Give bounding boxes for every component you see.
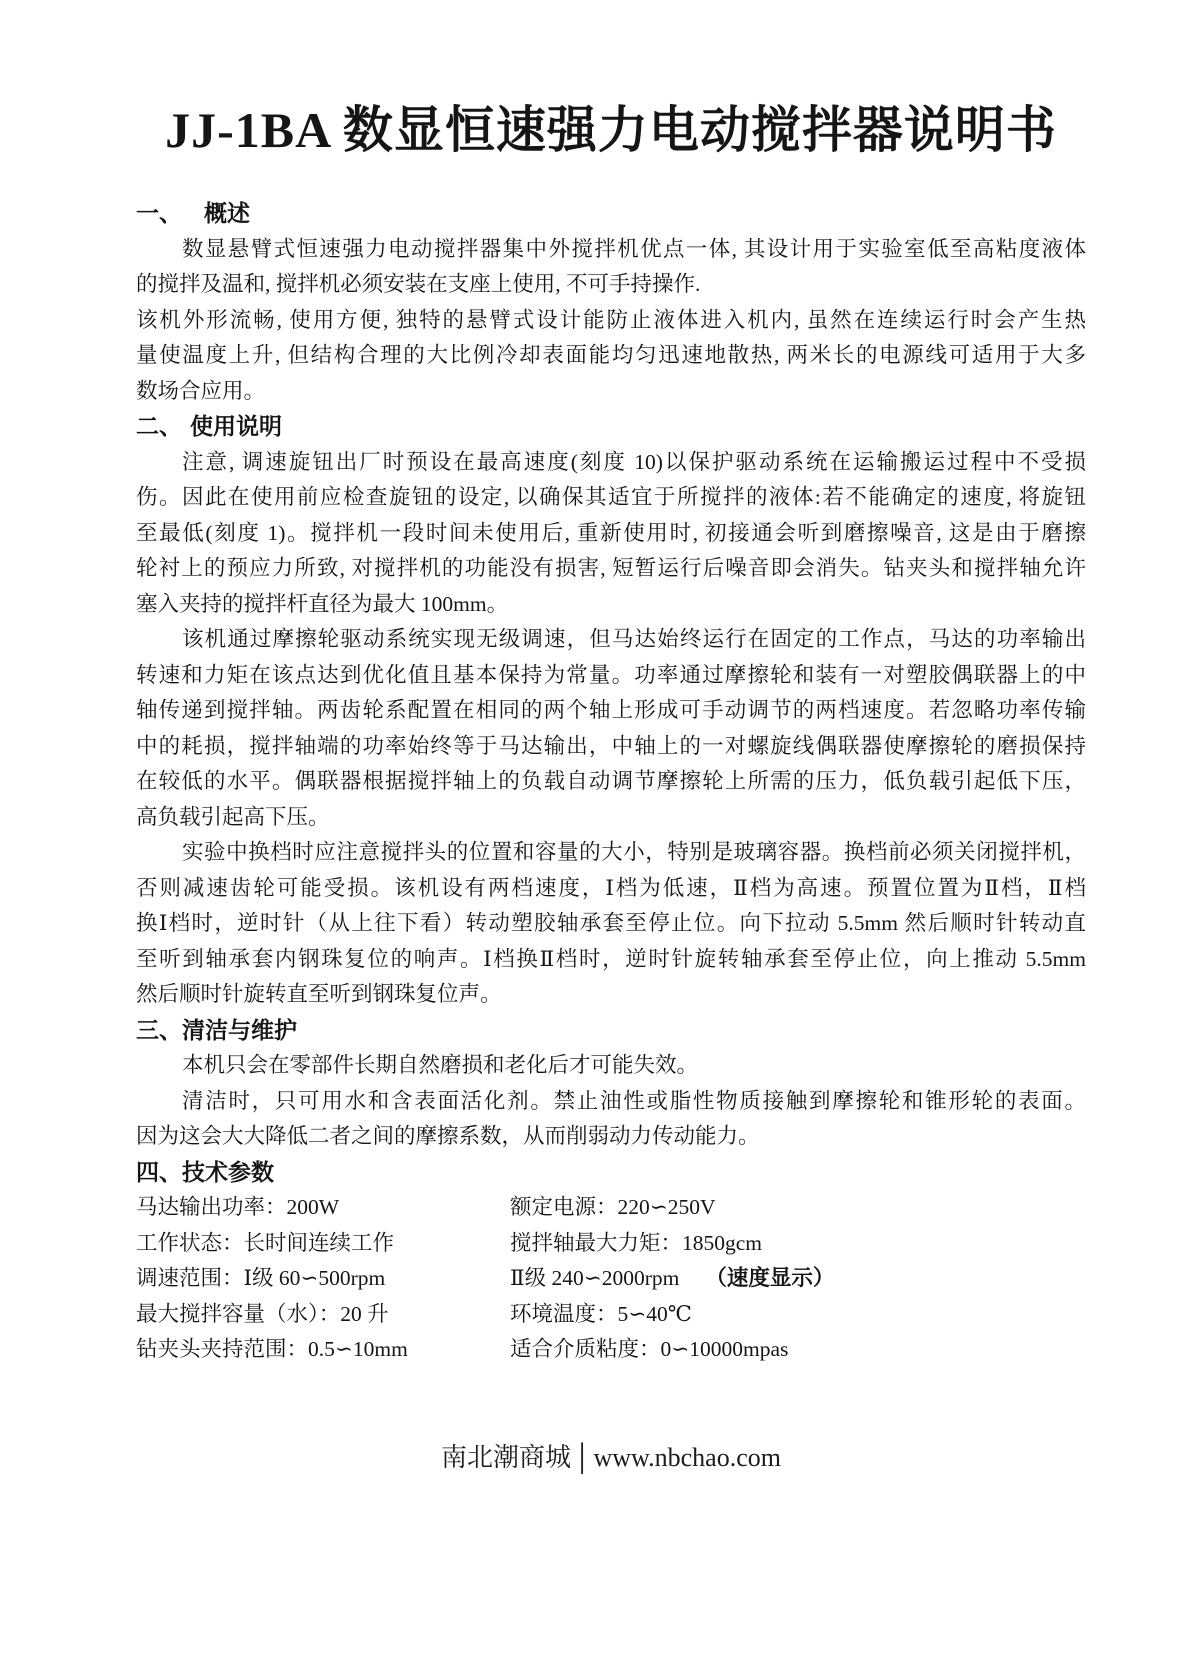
tech-spec-left: 钻夹头夹持范围：0.5∽10mm [136,1332,510,1368]
footer-site-url: www.nbchao.com [593,1443,780,1472]
text-line: 然后顺时针旋转直至听到钢珠复位声。 [136,977,1086,1013]
tech-spec-right: 额定电源：220∽250V [510,1190,716,1226]
text-line: 的搅拌及温和, 搅拌机必须安装在支座上使用, 不可手持操作. [136,267,1086,303]
text-line: 否则减速齿轮可能受损。该机设有两档速度，Ⅰ档为低速，Ⅱ档为高速。预置位置为Ⅱ档，… [136,871,1086,907]
text-line: 注意, 调速旋钮出厂时预设在最高速度(刻度 10)以保护驱动系统在运输搬运过程中… [136,445,1086,481]
document-body: 一、概述数显悬臂式恒速强力电动搅拌器集中外搅拌机优点一体, 其设计用于实验室低至… [136,196,1086,1368]
footer-shop-name: 南北潮商城 [441,1443,571,1472]
heading-number: 一、 [136,201,182,226]
page-footer: 南北潮商城│www.nbchao.com [136,1440,1086,1476]
tech-spec-right: 搅拌轴最大力矩：1850gcm [510,1226,762,1262]
heading-label: 使用说明 [190,414,282,439]
heading-label: 清洁与维护 [182,1018,297,1043]
text-line: 塞入夹持的搅拌杆直径为最大 100mm。 [136,587,1086,623]
heading-label: 概述 [204,201,250,226]
text-line: 轴传递到搅拌轴。两齿轮系配置在相同的两个轴上形成可手动调节的两档速度。若忽略功率… [136,693,1086,729]
tech-spec-right: 适合介质粘度：0∽10000mpas [510,1332,788,1368]
text-line: 中的耗损，搅拌轴端的功率始终等于马达输出，中轴上的一对螺旋线偶联器使摩擦轮的磨损… [136,729,1086,765]
text-line: 实验中换档时应注意搅拌头的位置和容量的大小，特别是玻璃容器。换档前必须关闭搅拌机… [136,835,1086,871]
text-line: 数场合应用。 [136,374,1086,410]
heading-label: 技术参数 [182,1160,274,1185]
text-line: 本机只会在零部件长期自然磨损和老化后才可能失效。 [136,1048,1086,1084]
text-line: 该机通过摩擦轮驱动系统实现无级调速，但马达始终运行在固定的工作点，马达的功率输出 [136,622,1086,658]
heading-number: 三、 [136,1018,182,1043]
tech-spec-row: 最大搅拌容量（水）：20 升环境温度：5∽40℃ [136,1297,1086,1333]
text-line: 换Ⅰ档时，逆时针（从上往下看）转动塑胶轴承套至停止位。向下拉动 5.5mm 然后… [136,906,1086,942]
section-heading: 四、技术参数 [136,1155,1086,1191]
text-line: 清洁时，只可用水和含表面活化剂。禁止油性或脂性物质接触到摩擦轮和锥形轮的表面。 [136,1084,1086,1120]
tech-spec-left: 马达输出功率：200W [136,1190,510,1226]
text-line: 高负载引起高下压。 [136,800,1086,836]
tech-spec-row: 钻夹头夹持范围：0.5∽10mm适合介质粘度：0∽10000mpas [136,1332,1086,1368]
heading-number: 四、 [136,1160,182,1185]
heading-number: 二、 [136,414,182,439]
document-page: JJ-1BA 数显恒速强力电动搅拌器说明书 一、概述数显悬臂式恒速强力电动搅拌器… [0,0,1200,1664]
tech-spec-left: 工作状态：长时间连续工作 [136,1226,510,1262]
tech-spec-right: Ⅱ级 240∽2000rpm（速度显示） [510,1261,834,1297]
text-line: 伤。因此在使用前应检查旋钮的设定, 以确保其适宜于所搅拌的液体:若不能确定的速度… [136,480,1086,516]
tech-spec-row: 工作状态：长时间连续工作搅拌轴最大力矩：1850gcm [136,1226,1086,1262]
text-line: 该机外形流畅, 使用方便, 独特的悬臂式设计能防止液体进入机内, 虽然在连续运行… [136,303,1086,339]
tech-spec-row: 马达输出功率：200W额定电源：220∽250V [136,1190,1086,1226]
tech-spec-note: （速度显示） [705,1266,834,1290]
tech-spec-left: 最大搅拌容量（水）：20 升 [136,1297,510,1333]
footer-separator: │ [571,1443,593,1472]
text-line: 至最低(刻度 1)。搅拌机一段时间未使用后, 重新使用时, 初接通会听到磨擦噪音… [136,516,1086,552]
text-line: 量使温度上升, 但结构合理的大比例冷却表面能均匀迅速地散热, 两米长的电源线可适… [136,338,1086,374]
section-heading: 三、清洁与维护 [136,1013,1086,1049]
section-heading: 二、使用说明 [136,409,1086,445]
text-line: 因为这会大大降低二者之间的摩擦系数，从而削弱动力传动能力。 [136,1119,1086,1155]
document-title: JJ-1BA 数显恒速强力电动搅拌器说明书 [136,98,1086,162]
tech-spec-row: 调速范围：Ⅰ级 60∽500rpmⅡ级 240∽2000rpm（速度显示） [136,1261,1086,1297]
text-line: 至听到轴承套内钢珠复位的响声。Ⅰ档换Ⅱ档时，逆时针旋转轴承套至停止位，向上推动 … [136,942,1086,978]
tech-spec-right: 环境温度：5∽40℃ [510,1297,692,1333]
text-line: 转速和力矩在该点达到优化值且基本保持为常量。功率通过摩擦轮和装有一对塑胶偶联器上… [136,658,1086,694]
section-heading: 一、概述 [136,196,1086,232]
text-line: 轮衬上的预应力所致, 对搅拌机的功能没有损害, 短暂运行后噪音即会消失。钻夹头和… [136,551,1086,587]
text-line: 数显悬臂式恒速强力电动搅拌器集中外搅拌机优点一体, 其设计用于实验室低至高粘度液… [136,232,1086,268]
text-line: 在较低的水平。偶联器根据搅拌轴上的负载自动调节摩擦轮上所需的压力，低负载引起低下… [136,764,1086,800]
tech-spec-left: 调速范围：Ⅰ级 60∽500rpm [136,1261,510,1297]
